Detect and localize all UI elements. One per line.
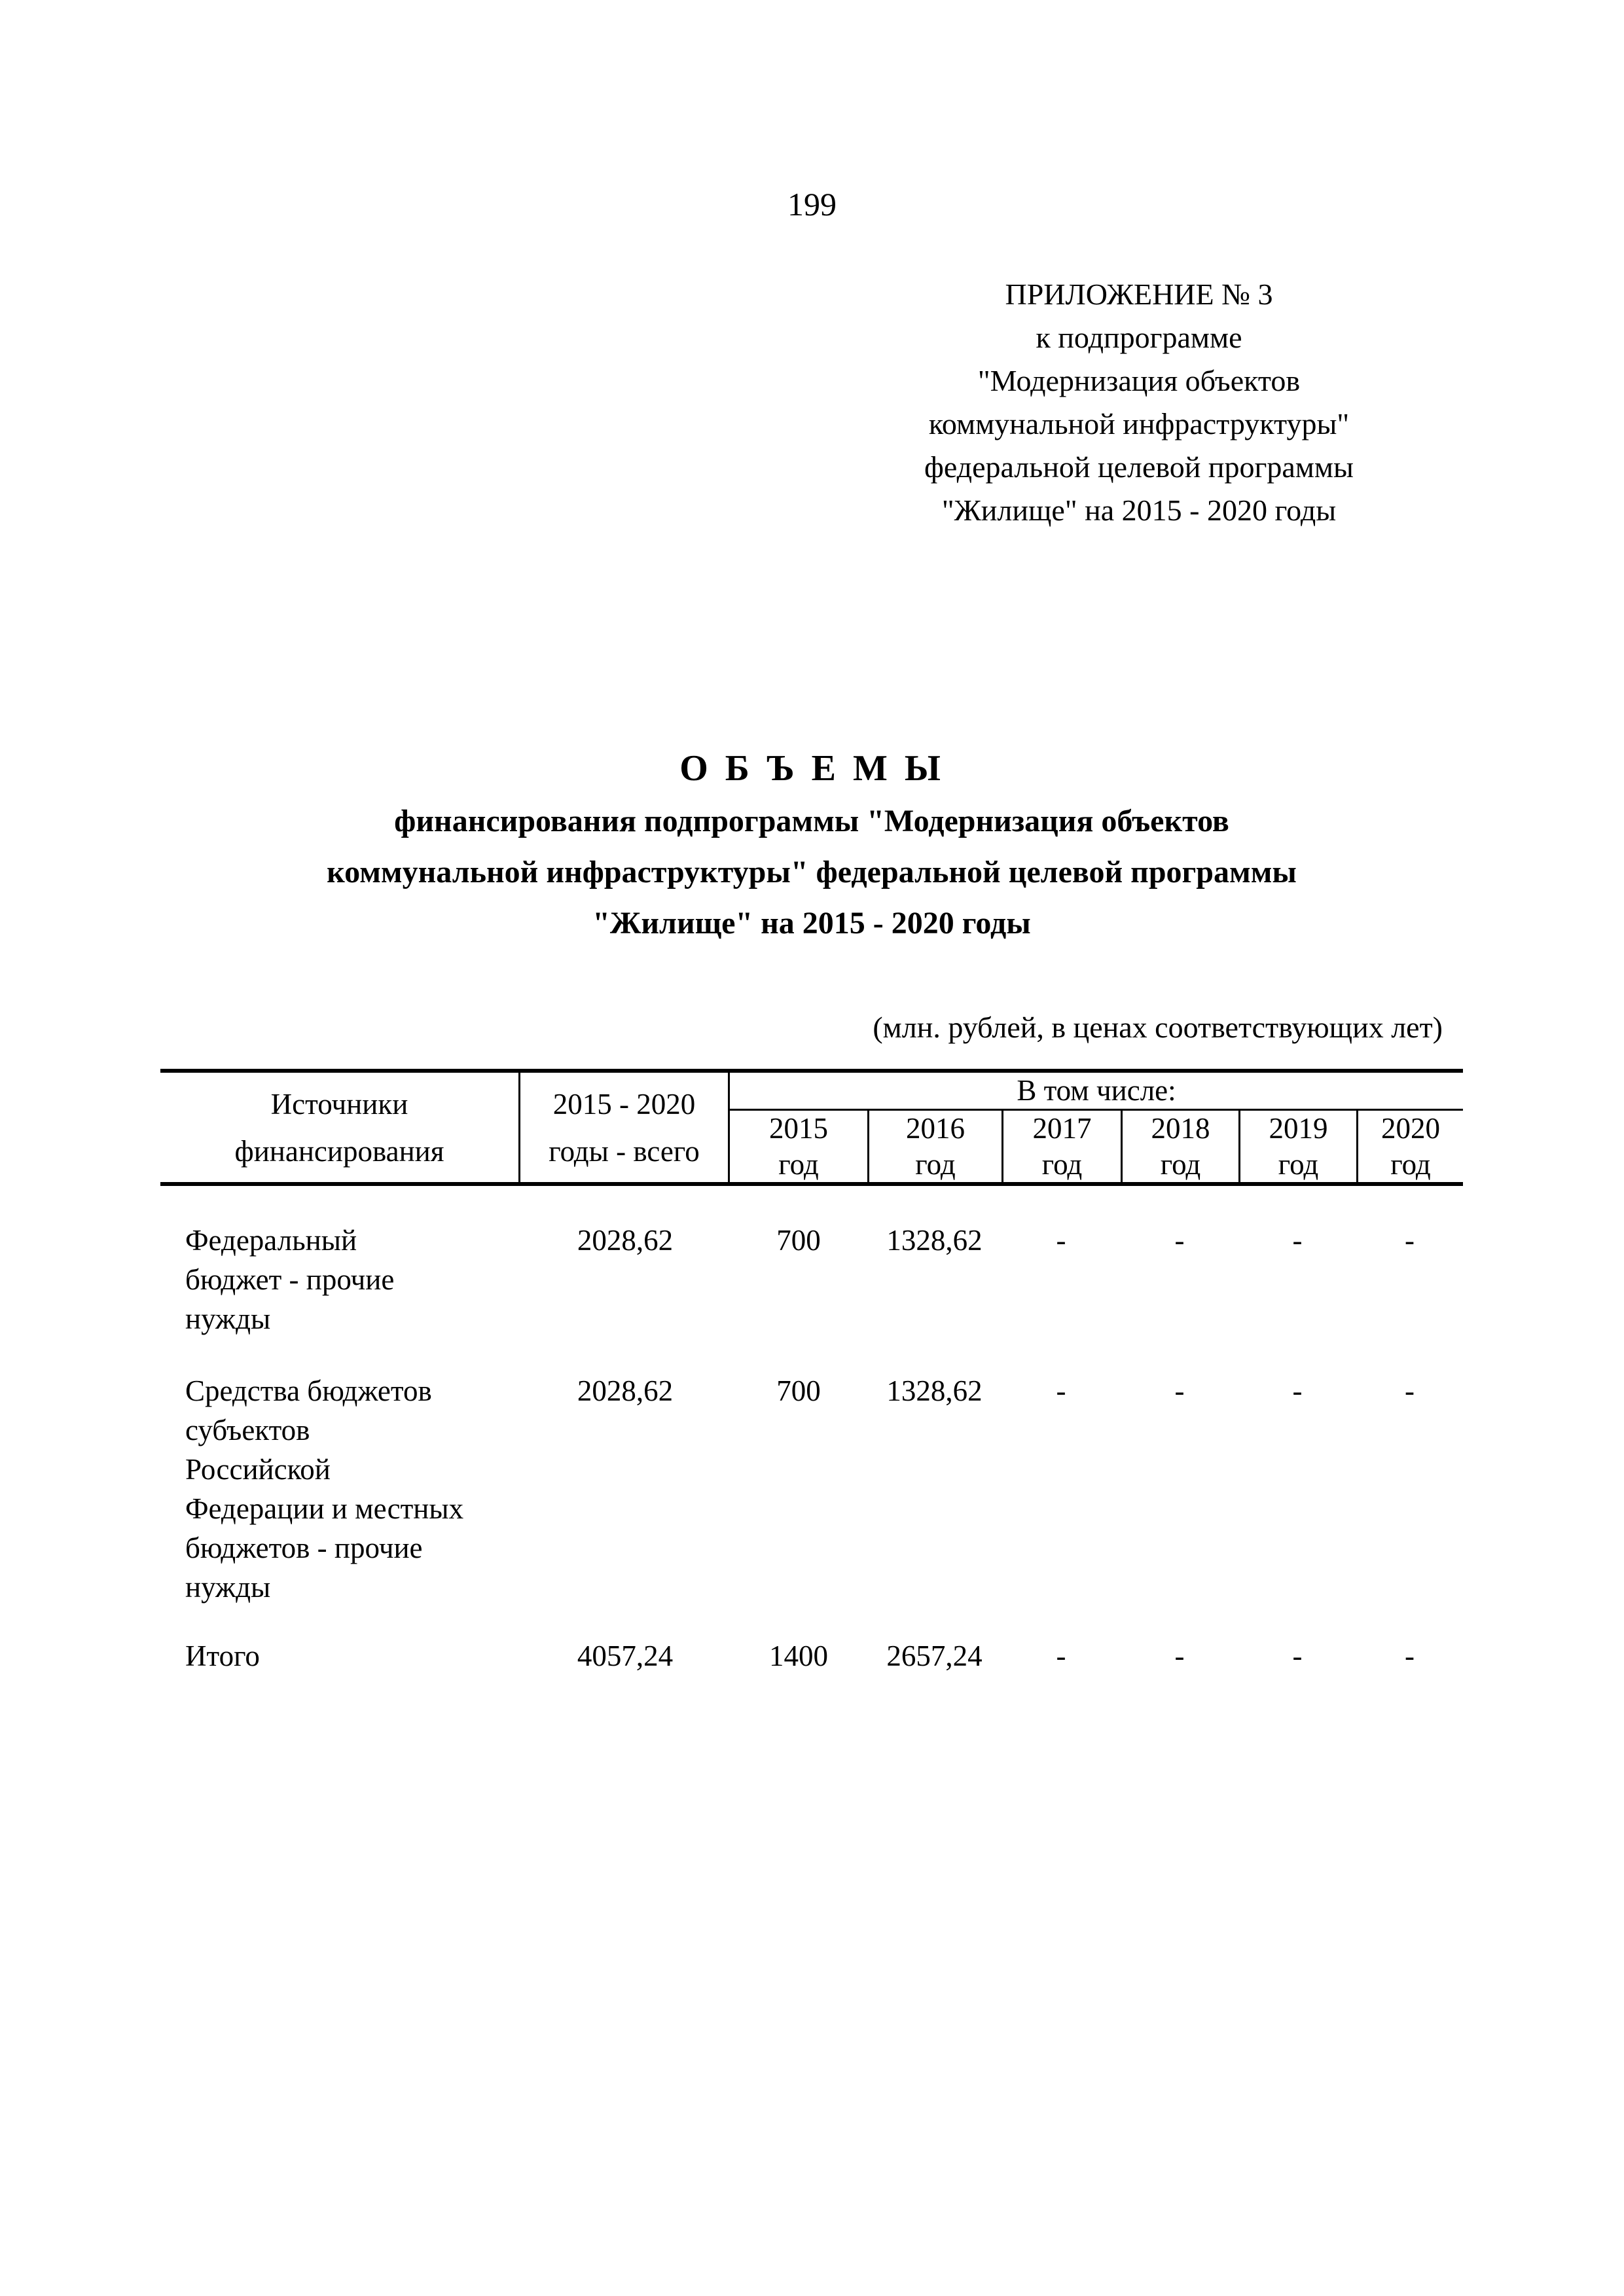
subtitle-line: финансирования подпрограммы "Модернизаци… [92,796,1532,847]
cell-year-2017: - [1001,1371,1121,1607]
column-header-year-2016: 2016 год [867,1111,1001,1182]
table-header: Источники финансирования 2015 - 2020 год… [160,1069,1463,1186]
finance-table: Источники финансирования 2015 - 2020 год… [160,1069,1463,1676]
column-header-year-2018: 2018 год [1121,1111,1238,1182]
appendix-line: ПРИЛОЖЕНИЕ № 3 [844,273,1434,316]
row-label: Федеральный бюджет - прочие нужды [160,1221,520,1338]
column-header-year-2015: 2015 год [730,1111,867,1182]
appendix-block: ПРИЛОЖЕНИЕ № 3 к подпрограмме "Модерниза… [844,273,1434,532]
appendix-line: федеральной целевой программы [844,446,1434,489]
cell-total: 2028,62 [520,1221,730,1338]
cell-year-2019: - [1238,1371,1356,1607]
row-label: Средства бюджетов субъектов Российской Ф… [160,1371,520,1607]
cell-total: 4057,24 [520,1636,730,1676]
cell-year-2017: - [1001,1636,1121,1676]
cell-year-2015: 1400 [730,1636,867,1676]
appendix-line: коммунальной инфраструктуры" [844,403,1434,446]
column-header-year-2020: 2020 год [1356,1111,1463,1182]
cell-year-2015: 700 [730,1221,867,1338]
appendix-line: к подпрограмме [844,316,1434,359]
cell-year-2018: - [1121,1221,1238,1338]
document-page: 199 ПРИЛОЖЕНИЕ № 3 к подпрограмме "Модер… [0,0,1624,2296]
cell-year-2018: - [1121,1371,1238,1607]
subtitle-line: коммунальной инфраструктуры" федеральной… [92,847,1532,898]
document-subtitle: финансирования подпрограммы "Модернизаци… [92,796,1532,949]
table-row-regional-budgets: Средства бюджетов субъектов Российской Ф… [160,1371,1463,1607]
cell-year-2020: - [1356,1636,1463,1676]
column-header-year-2017: 2017 год [1001,1111,1121,1182]
cell-year-2019: - [1238,1636,1356,1676]
cell-year-2018: - [1121,1636,1238,1676]
appendix-line: "Жилище" на 2015 - 2020 годы [844,489,1434,532]
row-label: Итого [160,1636,520,1676]
cell-year-2020: - [1356,1221,1463,1338]
page-number: 199 [0,188,1624,221]
appendix-line: "Модернизация объектов [844,359,1434,403]
column-header-group: В том числе: [730,1073,1463,1111]
cell-year-2016: 2657,24 [867,1636,1001,1676]
table-row-federal-budget: Федеральный бюджет - прочие нужды 2028,6… [160,1221,1463,1338]
column-header-year-2019: 2019 год [1238,1111,1356,1182]
column-header-sources: Источники финансирования [160,1073,520,1182]
table-row-itogo: Итого 4057,24 1400 2657,24 - - - - [160,1636,1463,1676]
cell-year-2020: - [1356,1371,1463,1607]
cell-year-2017: - [1001,1221,1121,1338]
units-caption: (млн. рублей, в ценах соответствующих ле… [873,1011,1443,1044]
cell-year-2016: 1328,62 [867,1221,1001,1338]
cell-year-2016: 1328,62 [867,1371,1001,1607]
cell-year-2019: - [1238,1221,1356,1338]
cell-total: 2028,62 [520,1371,730,1607]
subtitle-line: "Жилище" на 2015 - 2020 годы [92,898,1532,949]
cell-year-2015: 700 [730,1371,867,1607]
document-title: О Б Ъ Е М Ы [0,749,1624,788]
column-header-total: 2015 - 2020 годы - всего [520,1073,730,1182]
